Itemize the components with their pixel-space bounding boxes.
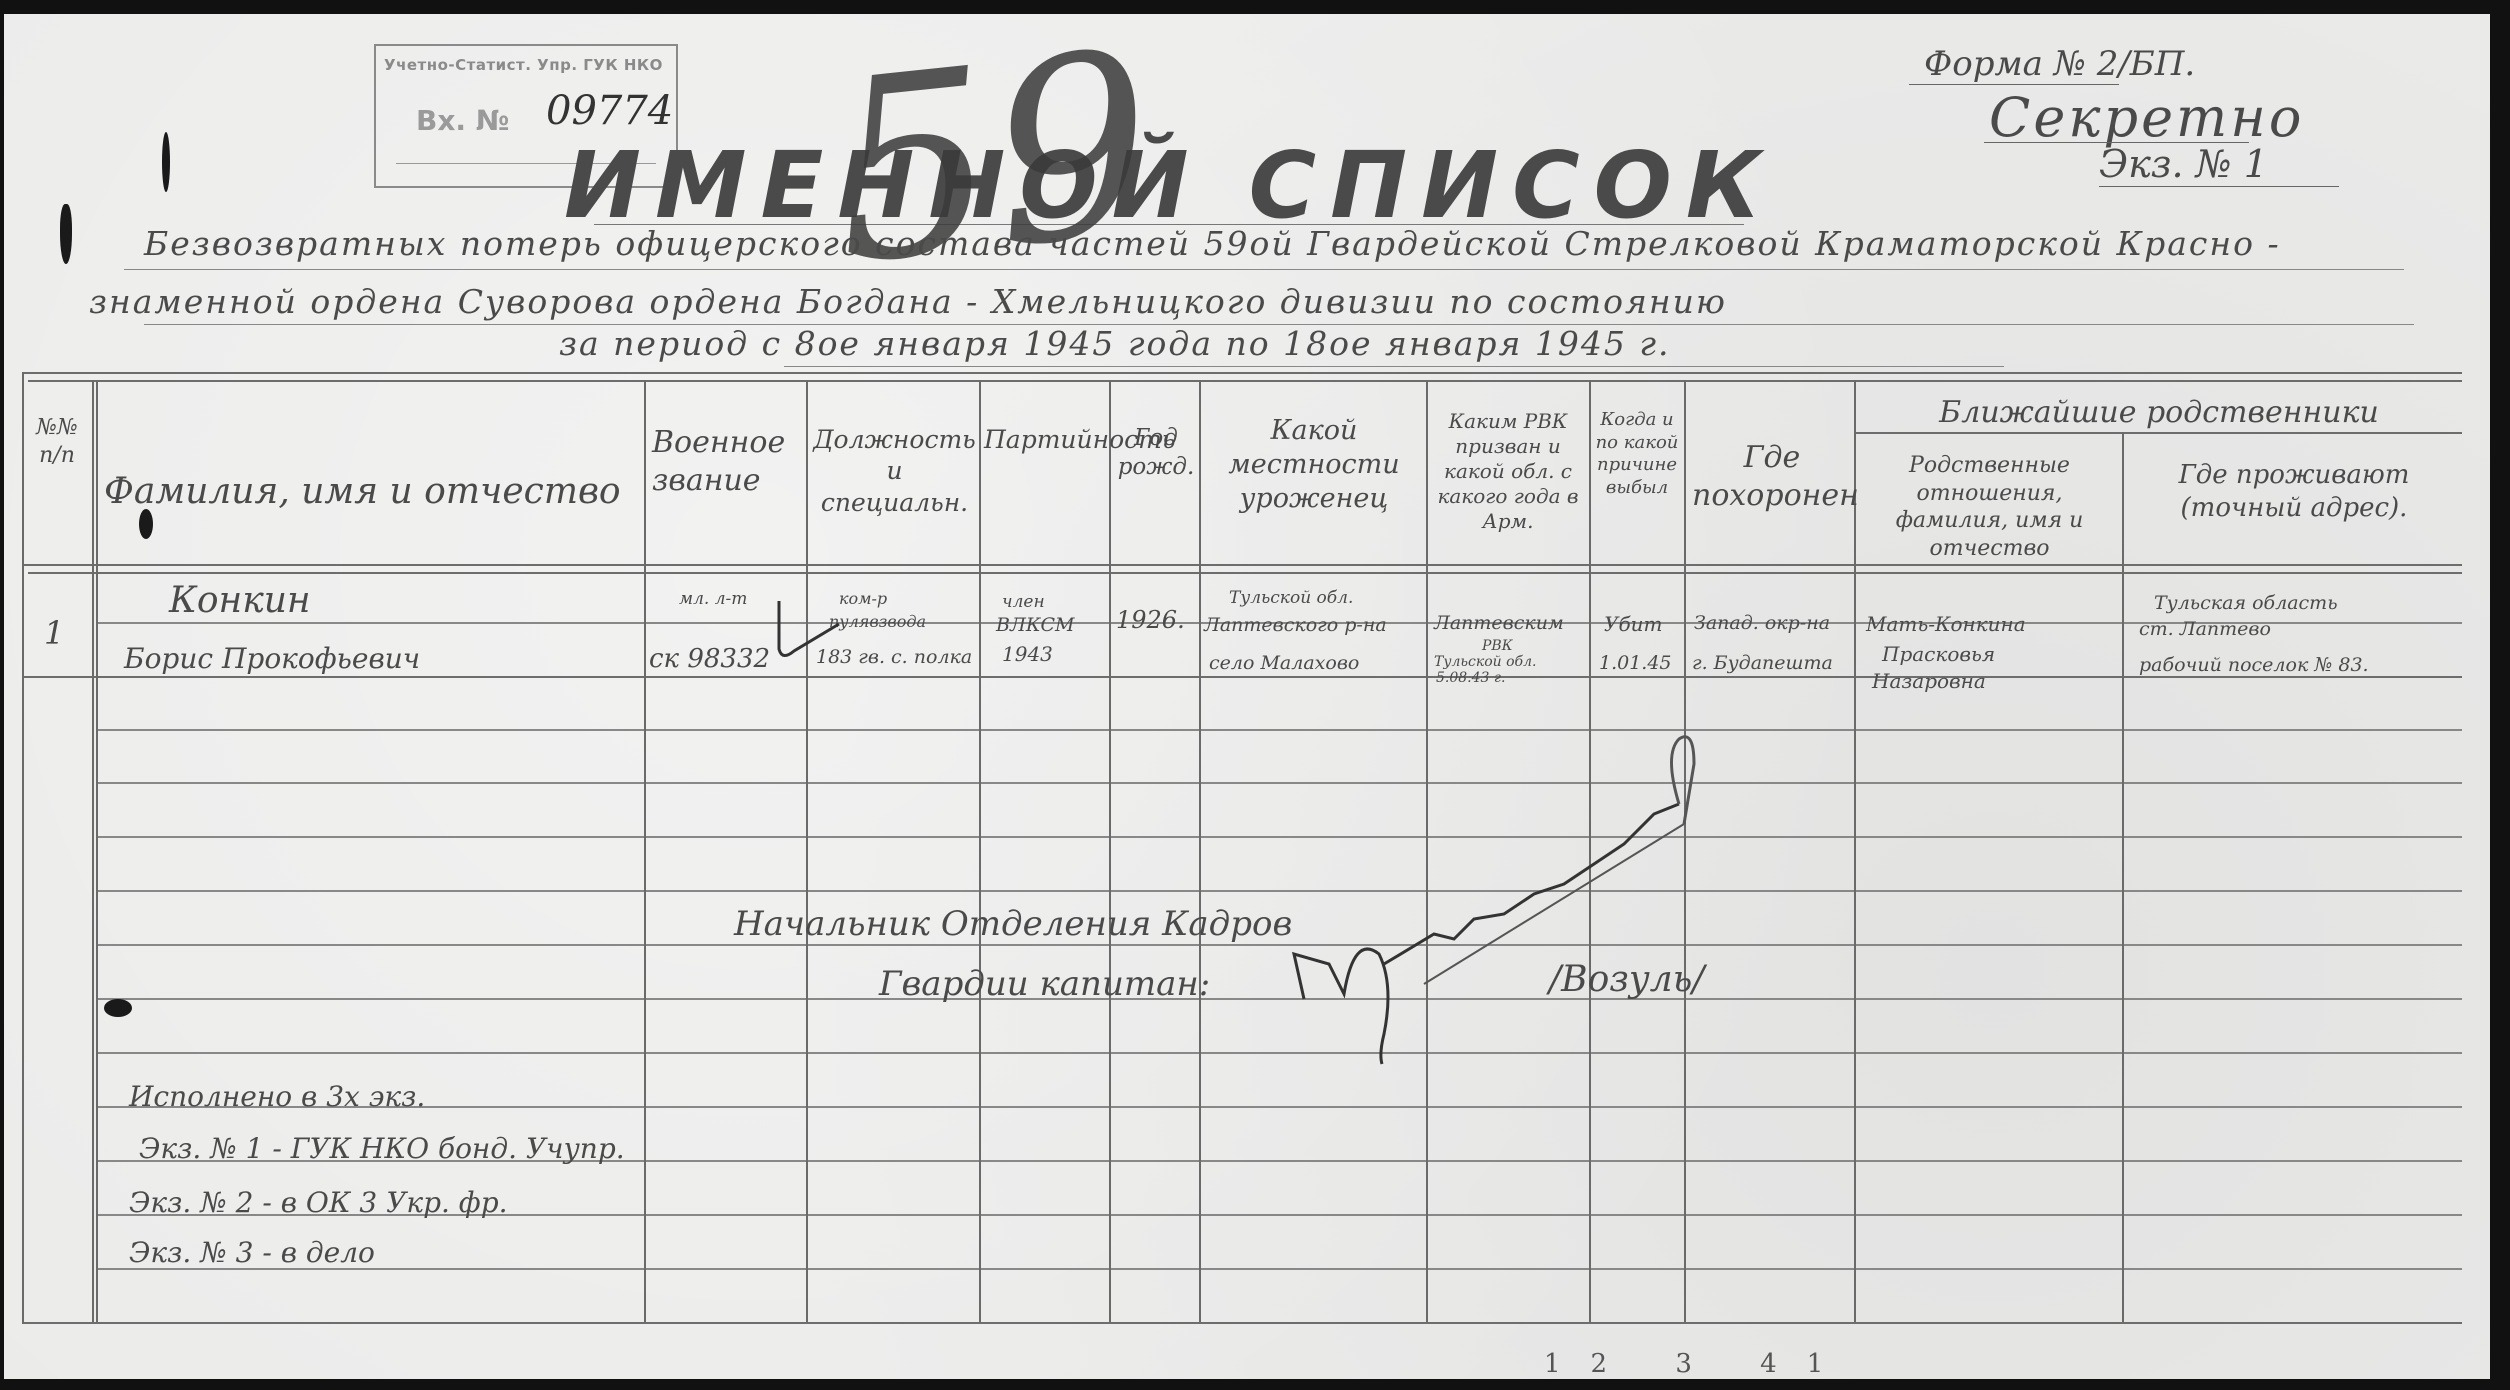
col-divider (2122, 432, 2124, 1322)
cell-kin-1: Мать-Конкина (1866, 612, 2026, 636)
header-bottom-border-inner (28, 572, 2462, 574)
stamp-header: Учетно-Статист. Упр. ГУК НКО (384, 56, 663, 74)
stamp-incoming-number: 09774 (546, 88, 673, 134)
subtitle-underline-3 (784, 366, 2004, 367)
cell-address-3: рабочий поселок № 83. (2139, 654, 2369, 677)
row-divider (96, 890, 2462, 892)
paper-tear (162, 132, 170, 192)
cell-burial-2: г. Будапешта (1692, 652, 1833, 675)
table-top-border (22, 372, 2462, 374)
cell-drafted-4: 5.08.43 г. (1436, 670, 1505, 687)
row-divider (96, 729, 2462, 731)
cell-birth-year: 1926. (1116, 606, 1185, 635)
checkmark-icon (774, 599, 844, 669)
copy-number: Экз. № 1 (2099, 142, 2268, 186)
subtitle-underline-1 (124, 269, 2404, 270)
col-divider (644, 380, 646, 1322)
header-row-number: №№ п/п (26, 414, 88, 469)
row-divider (22, 676, 2462, 678)
header-position: Должность и специальн. (812, 424, 977, 518)
table-bottom-border (22, 1322, 2462, 1324)
paper-tear (60, 204, 72, 264)
cell-party-2: ВЛКСМ (996, 614, 1075, 637)
row-divider (96, 1052, 2462, 1054)
cell-rank-id: ск 98332 (649, 644, 770, 675)
cell-birthplace-3: село Малахово (1209, 652, 1359, 675)
col-divider (1109, 380, 1111, 1322)
cell-party-3: 1943 (1002, 642, 1053, 666)
handwritten-signature-icon (1284, 734, 1724, 1074)
cell-row-number: 1 (44, 614, 64, 652)
table-top-border-inner (28, 380, 2462, 382)
row-divider (96, 944, 2462, 946)
cell-address-2: ст. Лаптево (2139, 618, 2271, 641)
col-divider (1199, 380, 1201, 1322)
header-kin-address: Где проживают (точный адрес). (2129, 459, 2459, 524)
col-divider (979, 380, 981, 1322)
row-divider (96, 782, 2462, 784)
col-divider (806, 380, 808, 1322)
header-birth-year: Год рожд. (1114, 424, 1198, 482)
header-full-name: Фамилия, имя и отчество (104, 469, 644, 514)
row-divider (96, 1268, 2462, 1270)
distribution-note-1: Исполнено в 3х экз. (129, 1080, 425, 1113)
relatives-group-divider (1854, 432, 2462, 434)
signature-title-line-2: Гвардии капитан: (879, 964, 1210, 1004)
header-kin-relation: Родственные отношения, фамилия, имя и от… (1862, 452, 2117, 562)
cell-birthplace-2: Лаптевского р-на (1204, 614, 1387, 637)
paper-tear (139, 509, 153, 539)
cell-position-1: ком-р (839, 589, 887, 608)
distribution-note-3: Экз. № 2 - в ОК 3 Укр. фр. (129, 1186, 508, 1219)
header-party: Партийность (984, 424, 1104, 455)
cell-kin-3: Назаровна (1872, 669, 1986, 693)
row-divider (96, 1106, 2462, 1108)
cell-party-1: член (1002, 592, 1045, 612)
subtitle-line-1: Безвозвратных потерь офицерского состава… (144, 224, 2281, 263)
cell-surname: Конкин (169, 579, 311, 622)
header-drafted-by: Каким РВК призван и какой обл. с какого … (1429, 409, 1587, 534)
form-number: Форма № 2/БП. (1924, 44, 2195, 84)
stamp-incoming-label: Вх. № (416, 104, 509, 137)
cell-date: 1.01.45 (1599, 652, 1672, 675)
cell-rank: мл. л-т (679, 589, 747, 609)
cell-drafted-3: Тульской обл. (1434, 654, 1536, 671)
cell-drafted-1: Лаптевским (1434, 612, 1564, 635)
header-military-rank: Военное звание (652, 424, 802, 499)
col-divider (96, 380, 98, 1322)
copy-number-underline (2099, 186, 2339, 187)
distribution-note-4: Экз. № 3 - в дело (129, 1236, 375, 1269)
cell-burial-1: Запад. окр-на (1694, 612, 1830, 635)
cell-birthplace-1: Тульской обл. (1229, 588, 1353, 608)
row-divider (96, 836, 2462, 838)
subtitle-line-2: знаменной ордена Суворова ордена Богдана… (89, 282, 1727, 321)
header-when-why-left: Когда и по какой причине выбыл (1592, 409, 1682, 499)
col-divider (92, 380, 94, 1322)
cell-kin-2: Прасковья (1882, 642, 1995, 666)
cell-address-1: Тульская область (2154, 592, 2338, 615)
cell-given-names: Борис Прокофьевич (124, 642, 420, 676)
classification-label: Секретно (1989, 86, 2304, 149)
cell-drafted-2: РВК (1482, 638, 1513, 655)
subtitle-line-3: за период с 8ое января 1945 года по 18ое… (559, 324, 1671, 363)
cell-status: Убит (1604, 612, 1663, 636)
col-divider (1854, 380, 1856, 1322)
header-burial-place: Где похоронен (1692, 439, 1852, 514)
table-left-border (22, 372, 24, 1324)
paper-tear (104, 999, 132, 1017)
header-next-of-kin: Ближайшие родственники (1864, 394, 2454, 432)
document-page: Учетно-Статист. Упр. ГУК НКО Вх. № 09774… (4, 14, 2490, 1379)
row-divider (96, 998, 2462, 1000)
document-title: ИМЕННОЙ СПИСОК (564, 132, 1775, 239)
header-bottom-border (22, 564, 2462, 566)
distribution-note-2: Экз. № 1 - ГУК НКО бонд. Учупр. (139, 1132, 625, 1165)
footer-smudge-marks: 12 3 41 (1544, 1349, 1853, 1379)
signature-title-line-1: Начальник Отделения Кадров (734, 904, 1292, 944)
header-birthplace: Какой местности уроженец (1209, 414, 1419, 515)
form-number-underline (1909, 84, 2119, 85)
